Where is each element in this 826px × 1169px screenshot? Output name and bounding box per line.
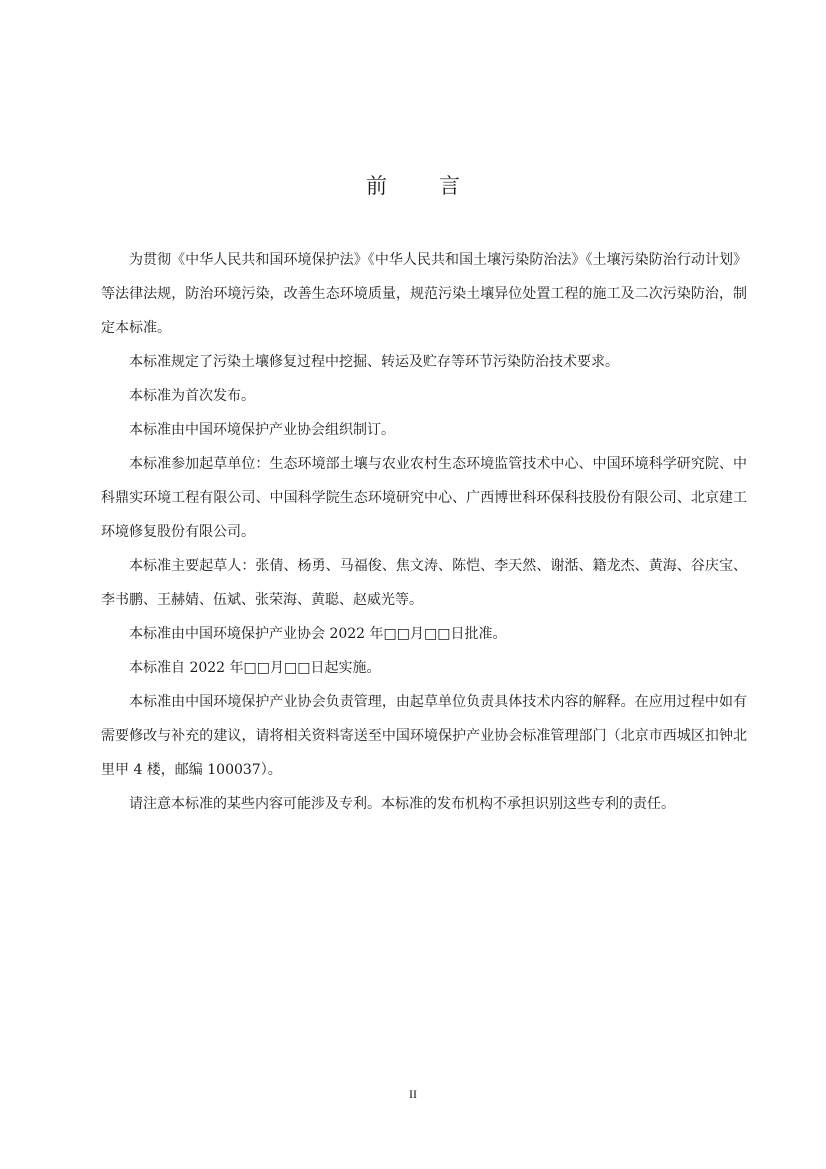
paragraph-approval: 本标准由中国环境保护产业协会 2022 年□□月□□日批准。 [101,617,747,651]
paragraph-management: 本标准由中国环境保护产业协会负责管理，由起草单位负责具体技术内容的解释。在应用过… [101,685,747,787]
page-title: 前言 [0,170,826,200]
title-char-1: 前 [366,170,387,200]
paragraph-purpose: 为贯彻《中华人民共和国环境保护法》《中华人民共和国土壤污染防治法》《土壤污染防治… [101,243,747,345]
paragraph-drafters: 本标准主要起草人：张倩、杨勇、马福俊、焦文涛、陈恺、李天然、谢湉、籍龙杰、黄海、… [101,549,747,617]
preface-body: 为贯彻《中华人民共和国环境保护法》《中华人民共和国土壤污染防治法》《土壤污染防治… [101,243,747,821]
paragraph-drafting-units: 本标准参加起草单位：生态环境部土壤与农业农村生态环境监管技术中心、中国环境科学研… [101,447,747,549]
paragraph-scope: 本标准规定了污染土壤修复过程中挖掘、转运及贮存等环节污染防治技术要求。 [101,345,747,379]
paragraph-organizer: 本标准由中国环境保护产业协会组织制订。 [101,413,747,447]
paragraph-first-release: 本标准为首次发布。 [101,379,747,413]
title-char-2: 言 [439,170,460,200]
paragraph-patent-notice: 请注意本标准的某些内容可能涉及专利。本标准的发布机构不承担识别这些专利的责任。 [101,787,747,821]
document-page: 前言 为贯彻《中华人民共和国环境保护法》《中华人民共和国土壤污染防治法》《土壤污… [0,0,826,1169]
paragraph-effective-date: 本标准自 2022 年□□月□□日起实施。 [101,651,747,685]
page-number: II [0,1087,826,1102]
